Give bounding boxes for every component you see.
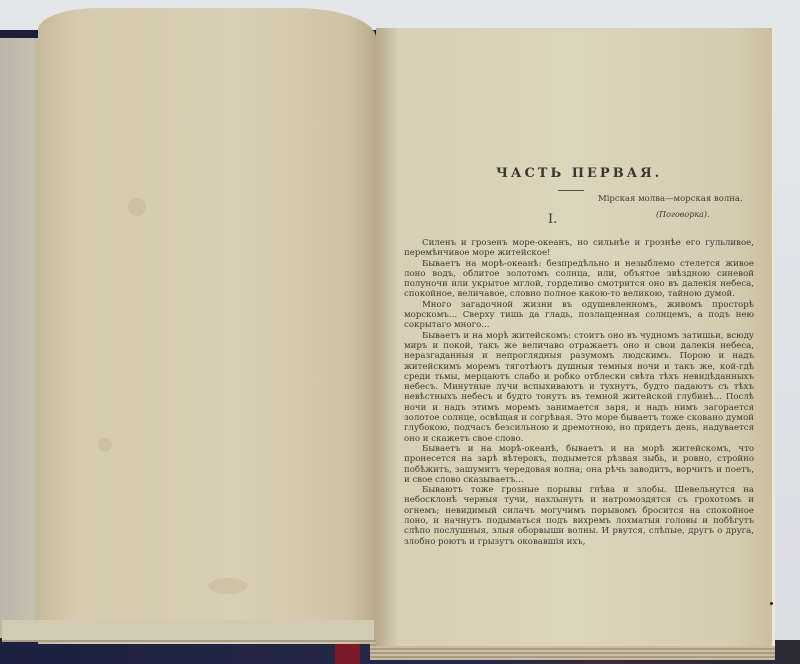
paragraph: Бываетъ и на морѣ житейскомъ: стоитъ оно… bbox=[404, 331, 754, 444]
page-mark-dot bbox=[770, 602, 773, 605]
foxing-spot bbox=[208, 578, 248, 594]
foxing-spot bbox=[128, 198, 146, 216]
paragraph: Бываетъ и на морѣ-океанѣ, бываетъ и на м… bbox=[404, 444, 754, 485]
flyleaf bbox=[0, 38, 42, 638]
paragraph: Силенъ и грозенъ море-океанъ, но сильнѣе… bbox=[404, 238, 754, 259]
epigraph: Мірская молва—морская волна. bbox=[598, 194, 743, 204]
title-divider bbox=[558, 190, 584, 191]
part-title: ЧАСТЬ ПЕРВАЯ. bbox=[496, 166, 662, 181]
paragraph: Много загадочной жизни въ одушевленномъ,… bbox=[404, 300, 754, 331]
epigraph-source: (Поговорка). bbox=[656, 210, 710, 219]
paragraph: Бываютъ тоже грозные порывы гнѣва и злоб… bbox=[404, 485, 754, 547]
body-text: Силенъ и грозенъ море-океанъ, но сильнѣе… bbox=[404, 238, 754, 547]
left-page-edge bbox=[2, 620, 374, 642]
right-page: ЧАСТЬ ПЕРВАЯ. Мірская молва—морская волн… bbox=[376, 28, 775, 646]
cover-red-mark bbox=[335, 644, 360, 664]
foxing-spot bbox=[98, 438, 112, 452]
chapter-number: I. bbox=[548, 212, 557, 227]
left-page bbox=[38, 8, 376, 644]
paragraph: Бываетъ на морѣ-океанѣ: безпредѣльно и н… bbox=[404, 259, 754, 300]
